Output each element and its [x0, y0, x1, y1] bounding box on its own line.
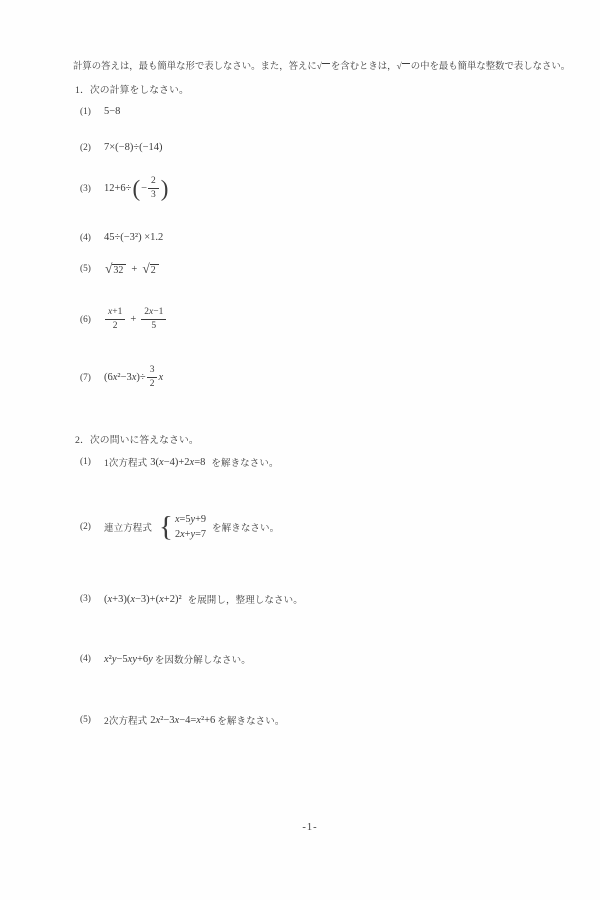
page-number: -1- — [0, 822, 600, 833]
problem-row-2-5: (5) 2次方程式 2x²−3x−4=x²+6 を解きなさい。 — [80, 713, 284, 727]
problem-row-1-7: (7) (6x²−3x)÷ 32 x — [80, 365, 163, 391]
problem-text: 連立方程式 — [104, 520, 152, 534]
fraction: 2x−15 — [141, 307, 166, 333]
problem-label: (2) — [80, 522, 97, 532]
math-expression: 7×(−8)÷(−14) — [104, 142, 163, 153]
fraction: x+12 — [105, 307, 125, 333]
problem-row-2-3: (3) (x+3)(x−3)+(x+2)² を展開し，整理しなさい。 — [80, 592, 303, 606]
problem-label: (4) — [80, 654, 97, 664]
problem-label: (5) — [80, 264, 97, 274]
fraction: 23 — [148, 176, 159, 202]
math-expression: 3(x−4)+2x=8 — [150, 457, 205, 468]
problem-text: を因数分解しなさい。 — [155, 652, 251, 666]
problem-row-2-2: (2) 連立方程式 { x=5y+9 2x+y=7 を解きなさい。 — [80, 512, 279, 543]
square-root: √2 — [142, 262, 158, 277]
math-expression: (6x²−3x)÷ — [104, 372, 146, 383]
math-expression: 2x²−3x−4=x²+6 — [150, 715, 215, 726]
radical-vinculum — [322, 63, 330, 71]
problem-text: を展開し，整理しなさい。 — [188, 592, 303, 606]
math-expression: 45÷(−3²) ×1.2 — [104, 232, 163, 243]
header-instruction: 計算の答えは，最も簡単な形で表しなさい。また，答えに√を含むときは，√の中を最も… — [73, 58, 593, 72]
problem-label: (5) — [80, 715, 97, 725]
problem-label: (6) — [80, 315, 97, 325]
fraction-numerator: 2 — [148, 176, 159, 189]
problem-text: を解きなさい。 — [211, 455, 278, 469]
math-expression: 5−8 — [104, 106, 120, 117]
problem-label: (7) — [80, 373, 97, 383]
section1-title: 1．次の計算をしなさい。 — [75, 82, 189, 96]
problem-row-1-6: (6) x+12 + 2x−15 — [80, 307, 167, 333]
problem-row-2-4: (4) x²y−5xy+6y を因数分解しなさい。 — [80, 652, 251, 666]
problem-row-1-2: (2) 7×(−8)÷(−14) — [80, 142, 163, 153]
math-expression: (x+3)(x−3)+(x+2)² — [104, 594, 182, 605]
problem-text: を解きなさい。 — [217, 713, 284, 727]
math-expression: 12+6÷ — [104, 183, 131, 194]
problem-label: (3) — [80, 184, 97, 194]
plus-sign: + — [130, 314, 136, 325]
equation-1: x=5y+9 — [175, 512, 206, 527]
math-expression: x²y−5xy+6y — [104, 654, 153, 665]
radical-symbol: √ — [105, 262, 112, 276]
system-brace: { — [159, 513, 173, 542]
problem-row-1-5: (5) √32 + √2 — [80, 262, 160, 277]
fraction-numerator: 2x−1 — [141, 307, 166, 320]
problem-text: 1次方程式 — [104, 455, 147, 469]
fraction-denominator: 3 — [151, 189, 156, 201]
header-text-3: の中を最も簡単な整数で表しなさい。 — [411, 62, 570, 72]
problem-text: 2次方程式 — [104, 713, 147, 727]
fraction-numerator: 3 — [147, 365, 158, 378]
radicand: 2 — [150, 264, 159, 277]
problem-label: (4) — [80, 233, 97, 243]
math-expression: x — [158, 372, 163, 383]
close-paren: ) — [161, 177, 169, 200]
plus-sign: + — [131, 264, 137, 275]
fraction-denominator: 2 — [150, 378, 155, 390]
problem-label: (2) — [80, 143, 97, 153]
radical-symbol: √ — [142, 262, 149, 276]
equation-system: x=5y+9 2x+y=7 — [175, 512, 206, 543]
open-paren: ( — [132, 177, 140, 200]
fraction: 32 — [147, 365, 158, 391]
problem-label: (3) — [80, 594, 97, 604]
fraction-denominator: 2 — [113, 320, 118, 332]
radicand: 32 — [112, 264, 126, 277]
section2-title: 2．次の問いに答えなさい。 — [75, 432, 199, 446]
fraction-numerator: x+1 — [105, 307, 125, 320]
fraction-denominator: 5 — [151, 320, 156, 332]
problem-text: を解きなさい。 — [212, 520, 279, 534]
worksheet-page: 計算の答えは，最も簡単な形で表しなさい。また，答えに√を含むときは，√の中を最も… — [0, 0, 600, 900]
problem-row-1-4: (4) 45÷(−3²) ×1.2 — [80, 232, 163, 243]
header-text-1: 計算の答えは，最も簡単な形で表しなさい。また，答えに — [73, 62, 317, 72]
problem-row-1-1: (1) 5−8 — [80, 106, 120, 117]
header-text-2: を含むときは， — [331, 62, 397, 72]
problem-label: (1) — [80, 107, 97, 117]
square-root: √32 — [105, 262, 126, 277]
radical-vinculum — [402, 63, 410, 71]
problem-row-1-3: (3) 12+6÷ ( − 23 ) — [80, 176, 169, 202]
problem-row-2-1: (1) 1次方程式 3(x−4)+2x=8 を解きなさい。 — [80, 455, 279, 469]
problem-label: (1) — [80, 457, 97, 467]
minus-sign: − — [141, 183, 147, 194]
equation-2: 2x+y=7 — [175, 527, 206, 542]
